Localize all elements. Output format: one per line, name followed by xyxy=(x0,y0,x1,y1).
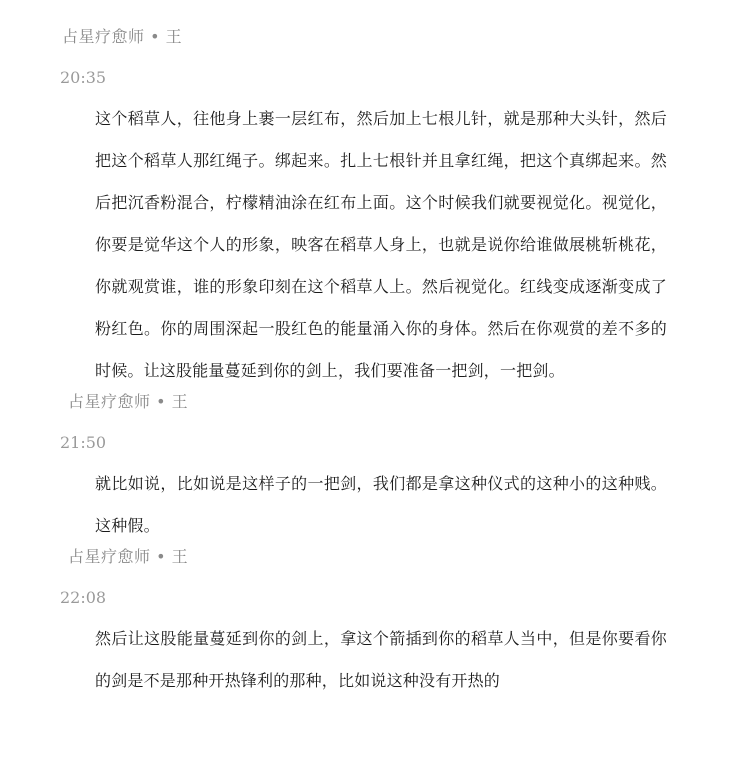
transcript-segment: 占星疗愈师 • 王 22:08 然后让这股能量蔓延到你的剑上，拿这个箭插到你的稻… xyxy=(0,547,729,702)
segment-text: 就比如说，比如说是这样子的一把剑，我们都是拿这种仪式的这种小的这种贱。这种假。 xyxy=(95,463,667,547)
transcript-segment: 占星疗愈师 • 王 21:50 就比如说，比如说是这样子的一把剑，我们都是拿这种… xyxy=(0,392,729,547)
transcript-segment: 占星疗愈师 • 王 20:35 这个稻草人，往他身上裹一层红布，然后加上七根儿针… xyxy=(0,27,729,392)
segment-text: 然后让这股能量蔓延到你的剑上，拿这个箭插到你的稻草人当中，但是你要看你的剑是不是… xyxy=(95,618,667,702)
timestamp: 21:50 xyxy=(60,433,729,453)
speaker-label: 占星疗愈师 • 王 xyxy=(68,547,729,567)
timestamp: 22:08 xyxy=(60,588,729,608)
speaker-label: 占星疗愈师 • 王 xyxy=(62,27,729,47)
speaker-label: 占星疗愈师 • 王 xyxy=(68,392,729,412)
transcript: 占星疗愈师 • 王 20:35 这个稻草人，往他身上裹一层红布，然后加上七根儿针… xyxy=(0,0,729,702)
segment-text: 这个稻草人，往他身上裹一层红布，然后加上七根儿针，就是那种大头针，然后把这个稻草… xyxy=(95,98,667,392)
timestamp: 20:35 xyxy=(60,68,729,88)
